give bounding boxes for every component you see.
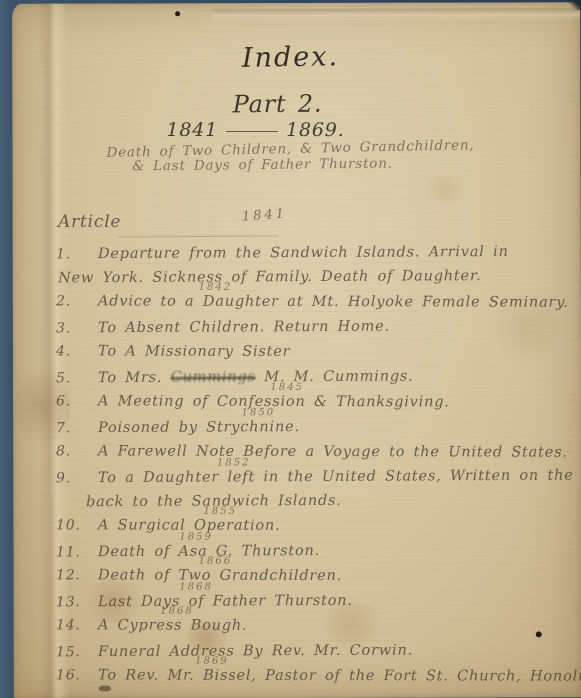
page-title: Index. [0, 37, 581, 78]
entry-body: A Farewell Note Before a Voyage to the U… [98, 439, 577, 465]
index-entry: 2.1842Advice to a Daughter at Mt. Holyok… [56, 289, 577, 315]
entry-list: 1.Departure from the Sandwich Islands. A… [56, 241, 577, 689]
paper-stain [423, 173, 468, 205]
index-entry: 6.1845A Meeting of Confession & Thanksgi… [56, 389, 577, 415]
entry-text: To Mrs. Cummings M. M. Cummings. [98, 364, 577, 392]
entry-number: 7. [56, 416, 98, 441]
entry-year-note: 1868 [160, 607, 193, 617]
entry-number: 3. [56, 316, 98, 341]
entry-number: 16. [56, 663, 98, 688]
entry-year-note: 1868 [179, 583, 213, 593]
entry-year-note: 1859 [179, 533, 213, 543]
entry-text: To Absent Children. Return Home. [98, 314, 577, 342]
entry-text: To A Missionary Sister [98, 339, 577, 365]
entry-body: 1855A Surgical Operation. [98, 513, 577, 539]
struck-text: Cummings [171, 369, 256, 385]
entry-year-note: 1866 [199, 557, 232, 567]
entry-year-note: 1842 [199, 283, 232, 293]
entry-text: 1868A Cypress Bough. [98, 613, 577, 639]
entry-text-line2: back to the Sandwich Islands. [86, 488, 581, 515]
entry-text: 1850Poisoned by Strychnine. [98, 414, 577, 442]
entry-number: 5. [56, 366, 98, 391]
entry-number: 6. [56, 389, 98, 414]
index-entry: 3.To Absent Children. Return Home. [56, 314, 577, 342]
entry-number: 8. [56, 439, 98, 464]
entry-body: 1850Poisoned by Strychnine. [98, 414, 577, 442]
entry-number: 4. [56, 339, 98, 364]
year-range-start: 1841 [167, 119, 219, 141]
entry-body: 1866Death of Two Grandchildren. [98, 563, 577, 589]
entry-text: 1845A Meeting of Confession & Thanksgivi… [98, 389, 577, 415]
index-entry: 11.1859Death of Asa G. Thurston. [56, 538, 577, 566]
index-header: Index. Part 2. 1841 1869. Death of Two C… [0, 0, 581, 173]
entry-body: 1845A Meeting of Confession & Thanksgivi… [98, 389, 577, 415]
manuscript-photo: Index. Part 2. 1841 1869. Death of Two C… [0, 0, 581, 698]
entry-body: Departure from the Sandwich Islands. Arr… [98, 240, 577, 292]
entry-number: 13. [56, 590, 98, 615]
index-entry: 16.1869To Rev. Mr. Bissel, Pastor of the… [56, 663, 577, 689]
entry-text: 1866Death of Two Grandchildren. [98, 563, 577, 589]
index-entry: 1.Departure from the Sandwich Islands. A… [56, 240, 577, 292]
index-entry: 5.To Mrs. Cummings M. M. Cummings. [56, 364, 577, 392]
entry-text: 1852To a Daughter left in the United Sta… [98, 463, 581, 491]
index-entry: 14.1868A Cypress Bough. [56, 613, 577, 639]
entry-number: 11. [56, 540, 98, 565]
entry-text: Departure from the Sandwich Islands. Arr… [98, 240, 577, 268]
year-range-end: 1869. [286, 119, 344, 141]
entry-number: 2. [56, 289, 98, 314]
year-range-dash [226, 131, 278, 132]
index-entry: 4.To A Missionary Sister [56, 339, 577, 365]
entry-text: 1842Advice to a Daughter at Mt. Holyoke … [98, 289, 577, 315]
index-entry: 13.1868Last Days of Father Thurston. [56, 588, 577, 616]
entry-year-note: 1850 [242, 408, 276, 418]
entry-body: To A Missionary Sister [98, 339, 577, 365]
entry-body: To Absent Children. Return Home. [98, 314, 577, 342]
entry-text: Funeral Address By Rev. Mr. Corwin. [98, 638, 577, 666]
index-entry: 9.1852To a Daughter left in the United S… [56, 464, 577, 516]
entry-body: 1869To Rev. Mr. Bissel, Pastor of the Fo… [98, 663, 581, 689]
entry-text-line2: New York. Sickness of Family. Death of D… [58, 265, 577, 292]
entry-body: 1859Death of Asa G. Thurston. [98, 538, 577, 566]
entry-body: To Mrs. Cummings M. M. Cummings. [98, 364, 577, 392]
entry-body: 1842Advice to a Daughter at Mt. Holyoke … [98, 289, 577, 315]
part-heading: Part 2. [0, 88, 555, 121]
article-column-label: Article [58, 212, 121, 232]
entry-text: 1869To Rev. Mr. Bissel, Pastor of the Fo… [98, 663, 581, 689]
entry-year-note: 1845 [270, 383, 303, 393]
entry-body: 1852To a Daughter left in the United Sta… [98, 463, 581, 515]
entry-body: 1868A Cypress Bough. [98, 613, 577, 639]
entry-text: 1859Death of Asa G. Thurston. [98, 538, 577, 566]
entry-number: 10. [56, 513, 98, 538]
entry-year-note: 1855 [203, 507, 236, 517]
entry-text: A Farewell Note Before a Voyage to the U… [98, 439, 577, 465]
index-entry: 8.A Farewell Note Before a Voyage to the… [56, 439, 577, 465]
index-entry: 15.Funeral Address By Rev. Mr. Corwin. [56, 638, 577, 666]
entry-number: 15. [56, 640, 98, 665]
entry-year-note: 1869 [195, 657, 228, 667]
entry-body: Funeral Address By Rev. Mr. Corwin. [98, 638, 577, 666]
entry-year-note: 1852 [217, 458, 251, 468]
entry-number: 14. [56, 613, 98, 638]
index-entry: 10.1855A Surgical Operation. [56, 513, 577, 539]
entry-number: 12. [56, 563, 98, 588]
index-entry: 12.1866Death of Two Grandchildren. [56, 563, 577, 589]
section-year-1841: 1841 [242, 206, 288, 224]
entry-text: 1855A Surgical Operation. [98, 513, 577, 539]
index-entry: 7.1850Poisoned by Strychnine. [56, 414, 577, 442]
